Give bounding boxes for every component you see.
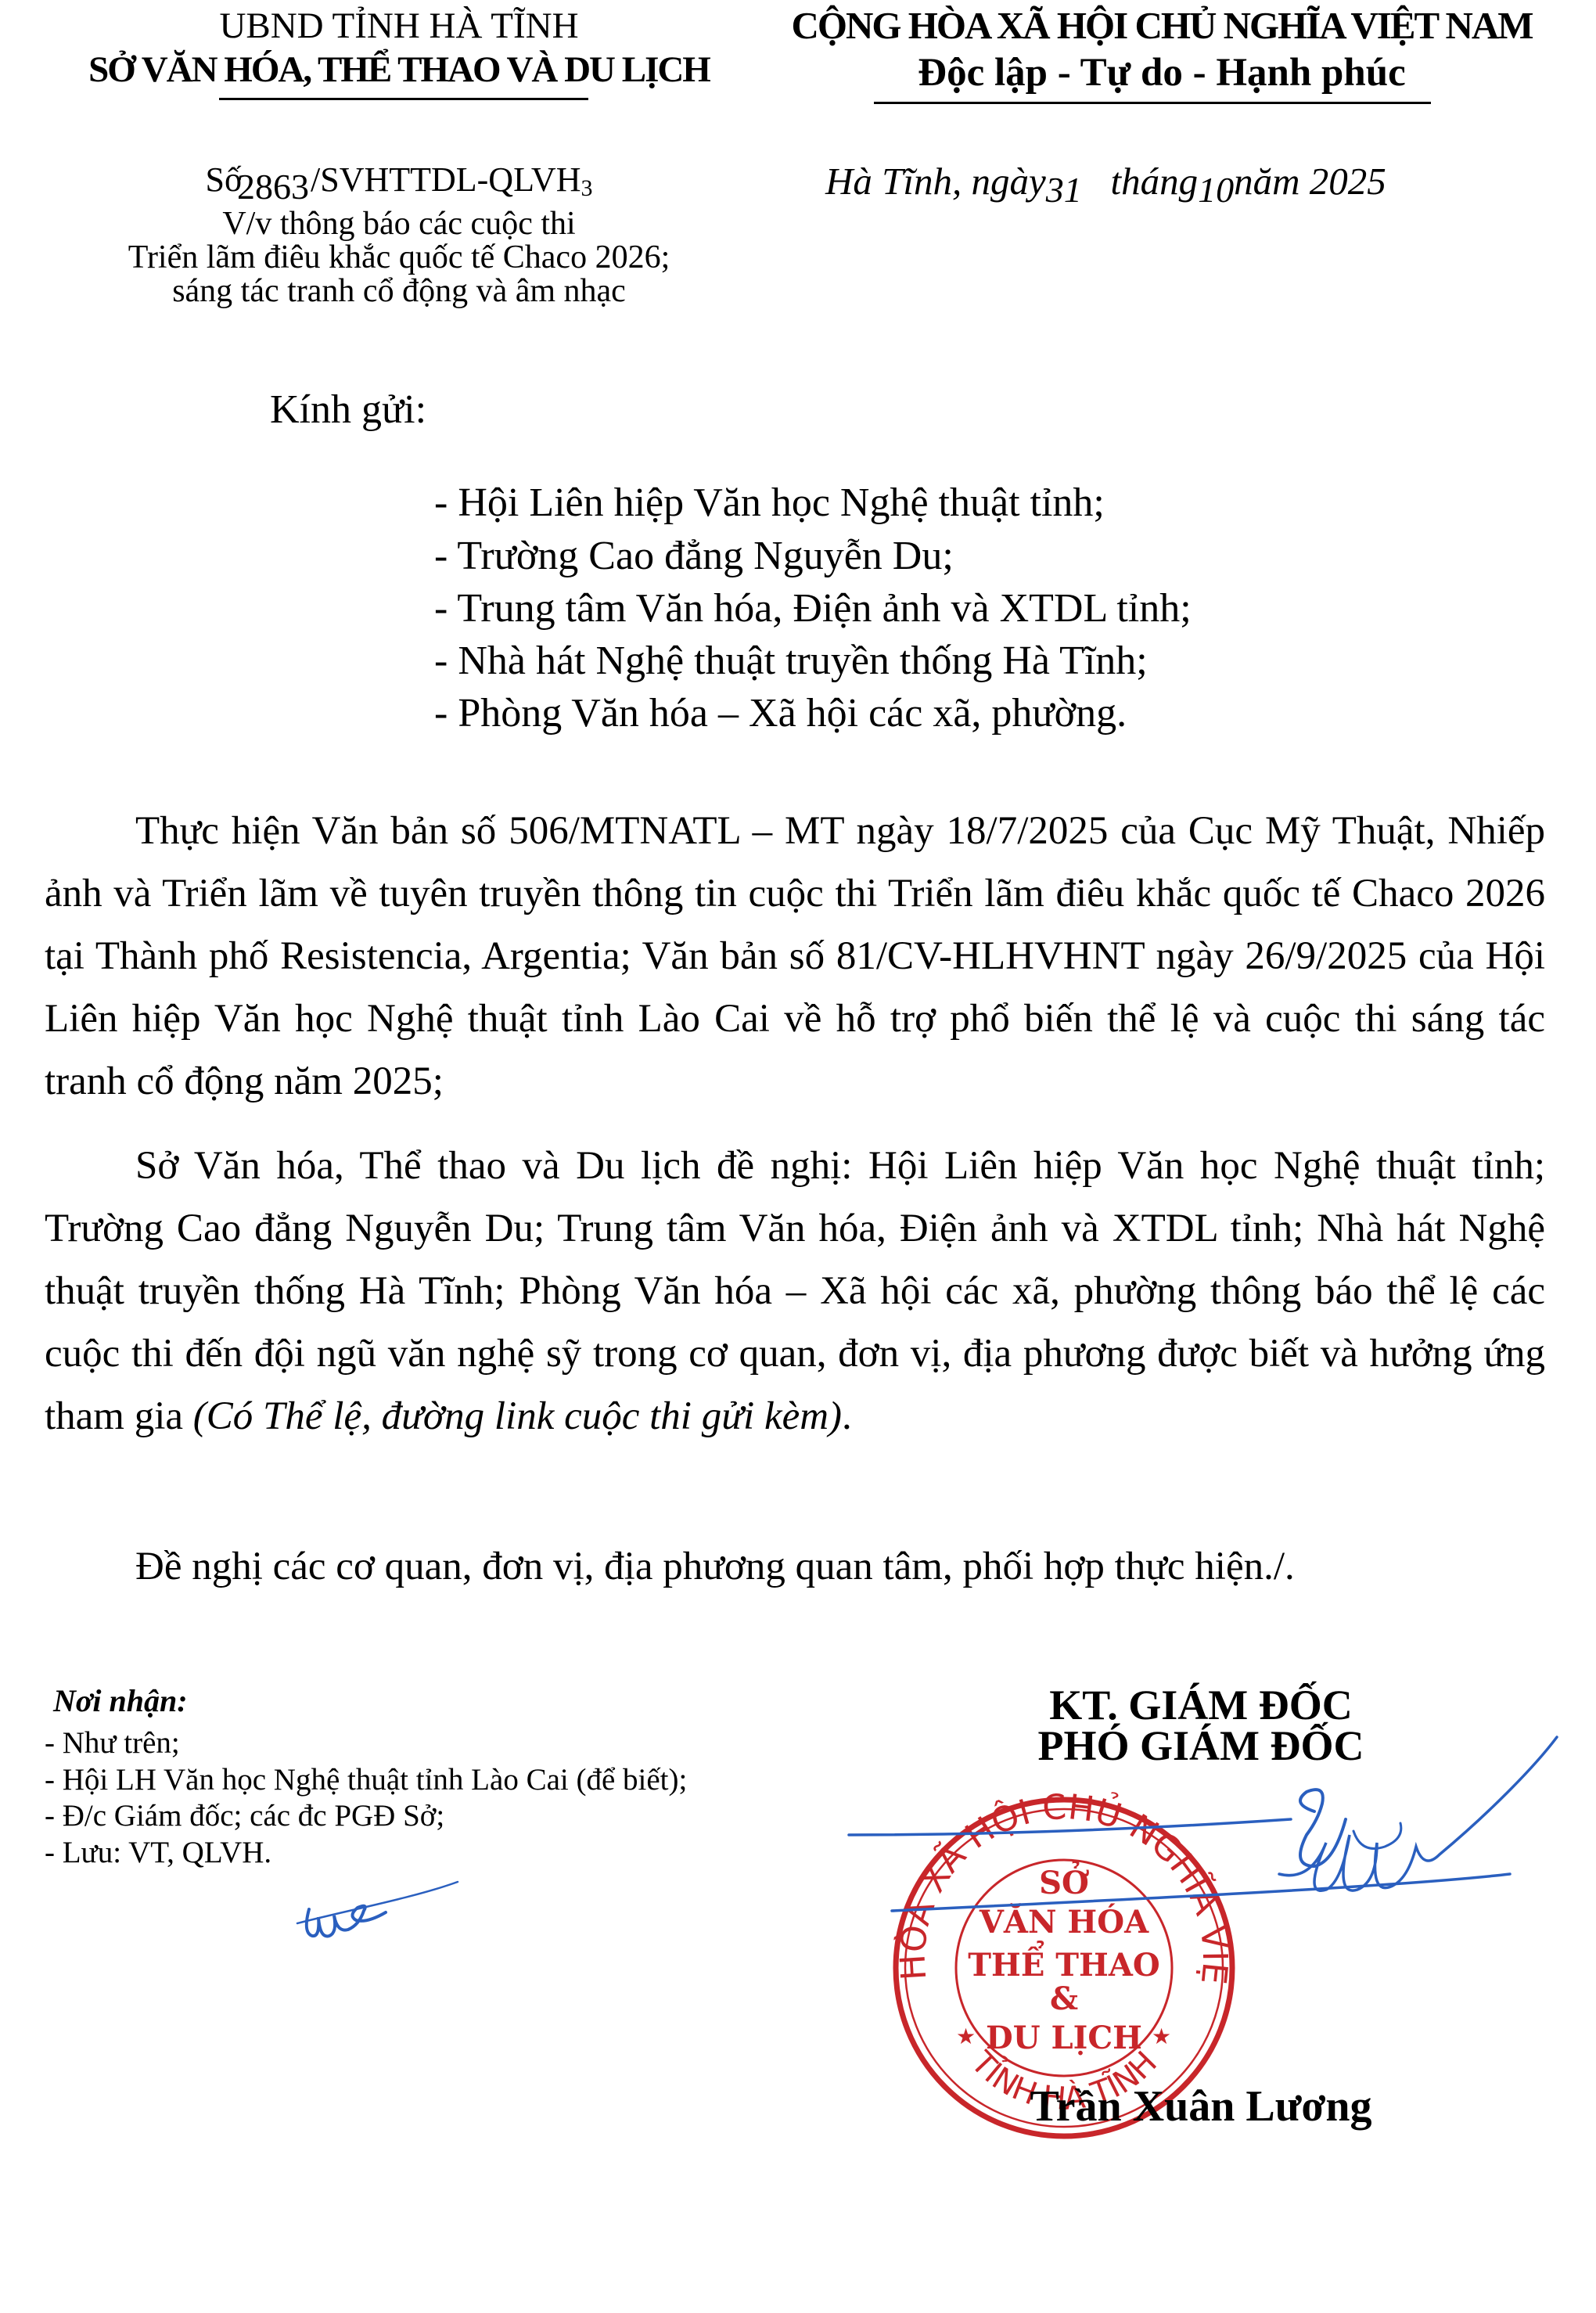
issuing-department: SỞ VĂN HÓA, THỂ THAO VÀ DU LỊCH: [31, 49, 767, 91]
svg-text:&: &: [1050, 1980, 1078, 2017]
signature-title-2: PHÓ GIÁM ĐỐC: [923, 1721, 1479, 1770]
paragraph-2-end: .: [842, 1394, 852, 1438]
recipients-footer-item: - Hội LH Văn học Nghệ thuật tỉnh Lào Cai…: [45, 1762, 687, 1797]
national-motto: Độc lập - Tự do - Hạnh phúc: [775, 50, 1549, 95]
date-place: Hà Tĩnh, ngày: [825, 160, 1046, 203]
body-paragraph-3: Đề nghị các cơ quan, đơn vị, địa phương …: [45, 1535, 1545, 1598]
recipient-item: - Nhà hát Nghệ thuật truyền thống Hà Tĩn…: [434, 638, 1148, 684]
issue-date: Hà Tĩnh, ngày31 tháng10năm 2025: [825, 159, 1386, 203]
svg-text:SỞ: SỞ: [1039, 1862, 1089, 1901]
department-underline: [219, 98, 588, 100]
number-handwritten: 2863: [237, 167, 309, 207]
body-paragraph-2: Sở Văn hóa, Thể thao và Du lịch đề nghị:…: [45, 1135, 1545, 1448]
svg-text:★: ★: [956, 2023, 976, 2049]
svg-text:DU LỊCH: DU LỊCH: [986, 2020, 1142, 2056]
recipient-item: - Phòng Văn hóa – Xã hội các xã, phường.: [434, 690, 1127, 736]
recipients-footer-item: - Như trên;: [45, 1725, 180, 1761]
issuing-authority: UBND TỈNH HÀ TĨNH: [31, 5, 767, 47]
recipients-footer-item: - Lưu: VT, QLVH.: [45, 1835, 271, 1870]
signer-name: Trần Xuân Lương: [923, 2081, 1479, 2131]
recipients-footer-item: - Đ/c Giám đốc; các đc PGĐ Sở;: [45, 1798, 444, 1833]
svg-text:VĂN HÓA: VĂN HÓA: [979, 1904, 1149, 1941]
recipient-item: - Trường Cao đẳng Nguyễn Du;: [434, 533, 954, 579]
body-paragraph-1: Thực hiện Văn bản số 506/MTNATL – MT ngà…: [45, 800, 1545, 1113]
date-day: 31: [1046, 170, 1082, 210]
date-year: năm 2025: [1234, 160, 1386, 203]
motto-underline: [874, 102, 1431, 104]
date-month-label: tháng: [1111, 160, 1199, 203]
svg-text:★: ★: [1152, 2023, 1171, 2049]
subject-line: Triển lãm điêu khắc quốc tế Chaco 2026;: [31, 239, 767, 276]
date-month: 10: [1198, 170, 1234, 210]
recipient-item: - Trung tâm Văn hóa, Điện ảnh và XTDL tỉ…: [434, 585, 1192, 631]
country-name: CỘNG HÒA XÃ HỘI CHỦ NGHĨA VIỆT NAM: [775, 3, 1549, 48]
recipients-footer-title: Nơi nhận:: [53, 1682, 188, 1719]
document-number: Số2863/SVHTTDL-QLVH3: [31, 158, 767, 200]
attachment-note: (Có Thể lệ, đường link cuộc thi gửi kèm): [193, 1394, 842, 1438]
addressee-label: Kính gửi:: [270, 387, 426, 433]
recipient-item: - Hội Liên hiệp Văn học Nghệ thuật tỉnh;: [434, 480, 1105, 526]
svg-text:THỂ THAO: THỂ THAO: [968, 1941, 1159, 1984]
subject-line: V/v thông báo các cuộc thi: [31, 205, 767, 243]
number-subscript: 3: [581, 175, 592, 201]
number-suffix: /SVHTTDL-QLVH: [311, 160, 581, 199]
subject-line: sáng tác tranh cổ động và âm nhạc: [31, 272, 767, 310]
